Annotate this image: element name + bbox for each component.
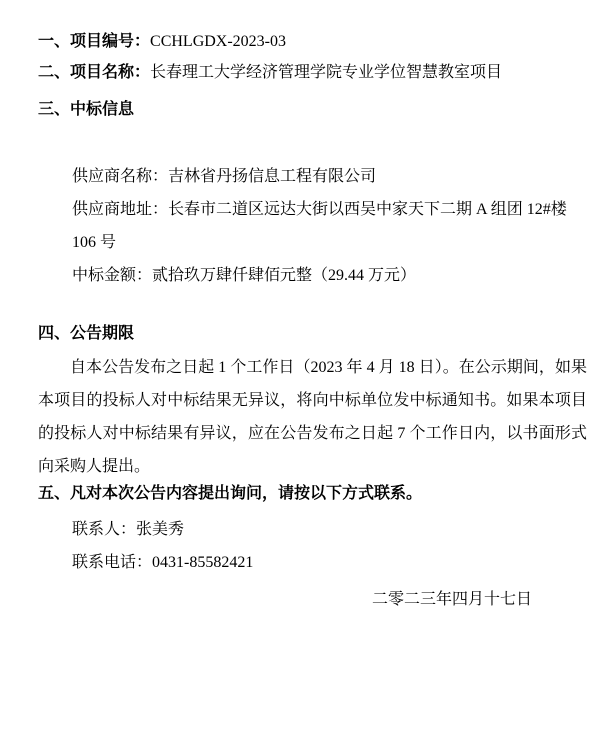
supplier-address-line: 供应商地址：长春市二道区远达大街以西吴中家天下二期 A 组团 12#楼 106 …	[72, 193, 587, 259]
document-page: 一、项目编号：CCHLGDX-2023-03 二、项目名称：长春理工大学经济管理…	[0, 0, 613, 742]
sign-date: 二零二三年四月十七日	[38, 589, 587, 611]
contact-person-line: 联系人：张美秀	[72, 513, 587, 546]
contact-phone-line: 联系电话：0431-85582421	[72, 546, 587, 579]
project-number-value: CCHLGDX-2023-03	[150, 33, 286, 50]
document-content: 一、项目编号：CCHLGDX-2023-03 二、项目名称：长春理工大学经济管理…	[0, 0, 613, 611]
contact-heading: 五、凡对本次公告内容提出询问，请按以下方式联系。	[38, 483, 587, 505]
award-amount-line: 中标金额：贰拾玖万肆仟肆佰元整（29.44 万元）	[72, 259, 587, 292]
award-info-block: 供应商名称：吉林省丹扬信息工程有限公司 供应商地址：长春市二道区远达大街以西吴中…	[38, 160, 587, 292]
announcement-period-heading: 四、公告期限	[38, 323, 587, 345]
award-amount-label: 中标金额：	[72, 267, 152, 284]
contact-person-value: 张美秀	[136, 521, 184, 538]
project-name-label: 二、项目名称：	[38, 64, 150, 81]
award-amount-value: 贰拾玖万肆仟肆佰元整（29.44 万元）	[152, 267, 416, 284]
project-name-line: 二、项目名称：长春理工大学经济管理学院专业学位智慧教室项目	[38, 62, 587, 84]
contact-person-label: 联系人：	[72, 521, 136, 538]
project-number-line: 一、项目编号：CCHLGDX-2023-03	[38, 31, 587, 53]
supplier-name-label: 供应商名称：	[72, 168, 168, 185]
project-number-label: 一、项目编号：	[38, 33, 150, 50]
supplier-name-value: 吉林省丹扬信息工程有限公司	[168, 168, 376, 185]
contact-phone-value: 0431-85582421	[152, 554, 253, 571]
contact-phone-label: 联系电话：	[72, 554, 152, 571]
supplier-name-line: 供应商名称：吉林省丹扬信息工程有限公司	[72, 160, 587, 193]
supplier-address-label: 供应商地址：	[72, 201, 168, 218]
award-info-heading: 三、中标信息	[38, 99, 587, 121]
contact-block: 联系人：张美秀 联系电话：0431-85582421	[38, 513, 587, 579]
announcement-period-paragraph: 自本公告发布之日起 1 个工作日（2023 年 4 月 18 日）。在公示期间，…	[38, 351, 587, 483]
project-name-value: 长春理工大学经济管理学院专业学位智慧教室项目	[150, 64, 502, 81]
